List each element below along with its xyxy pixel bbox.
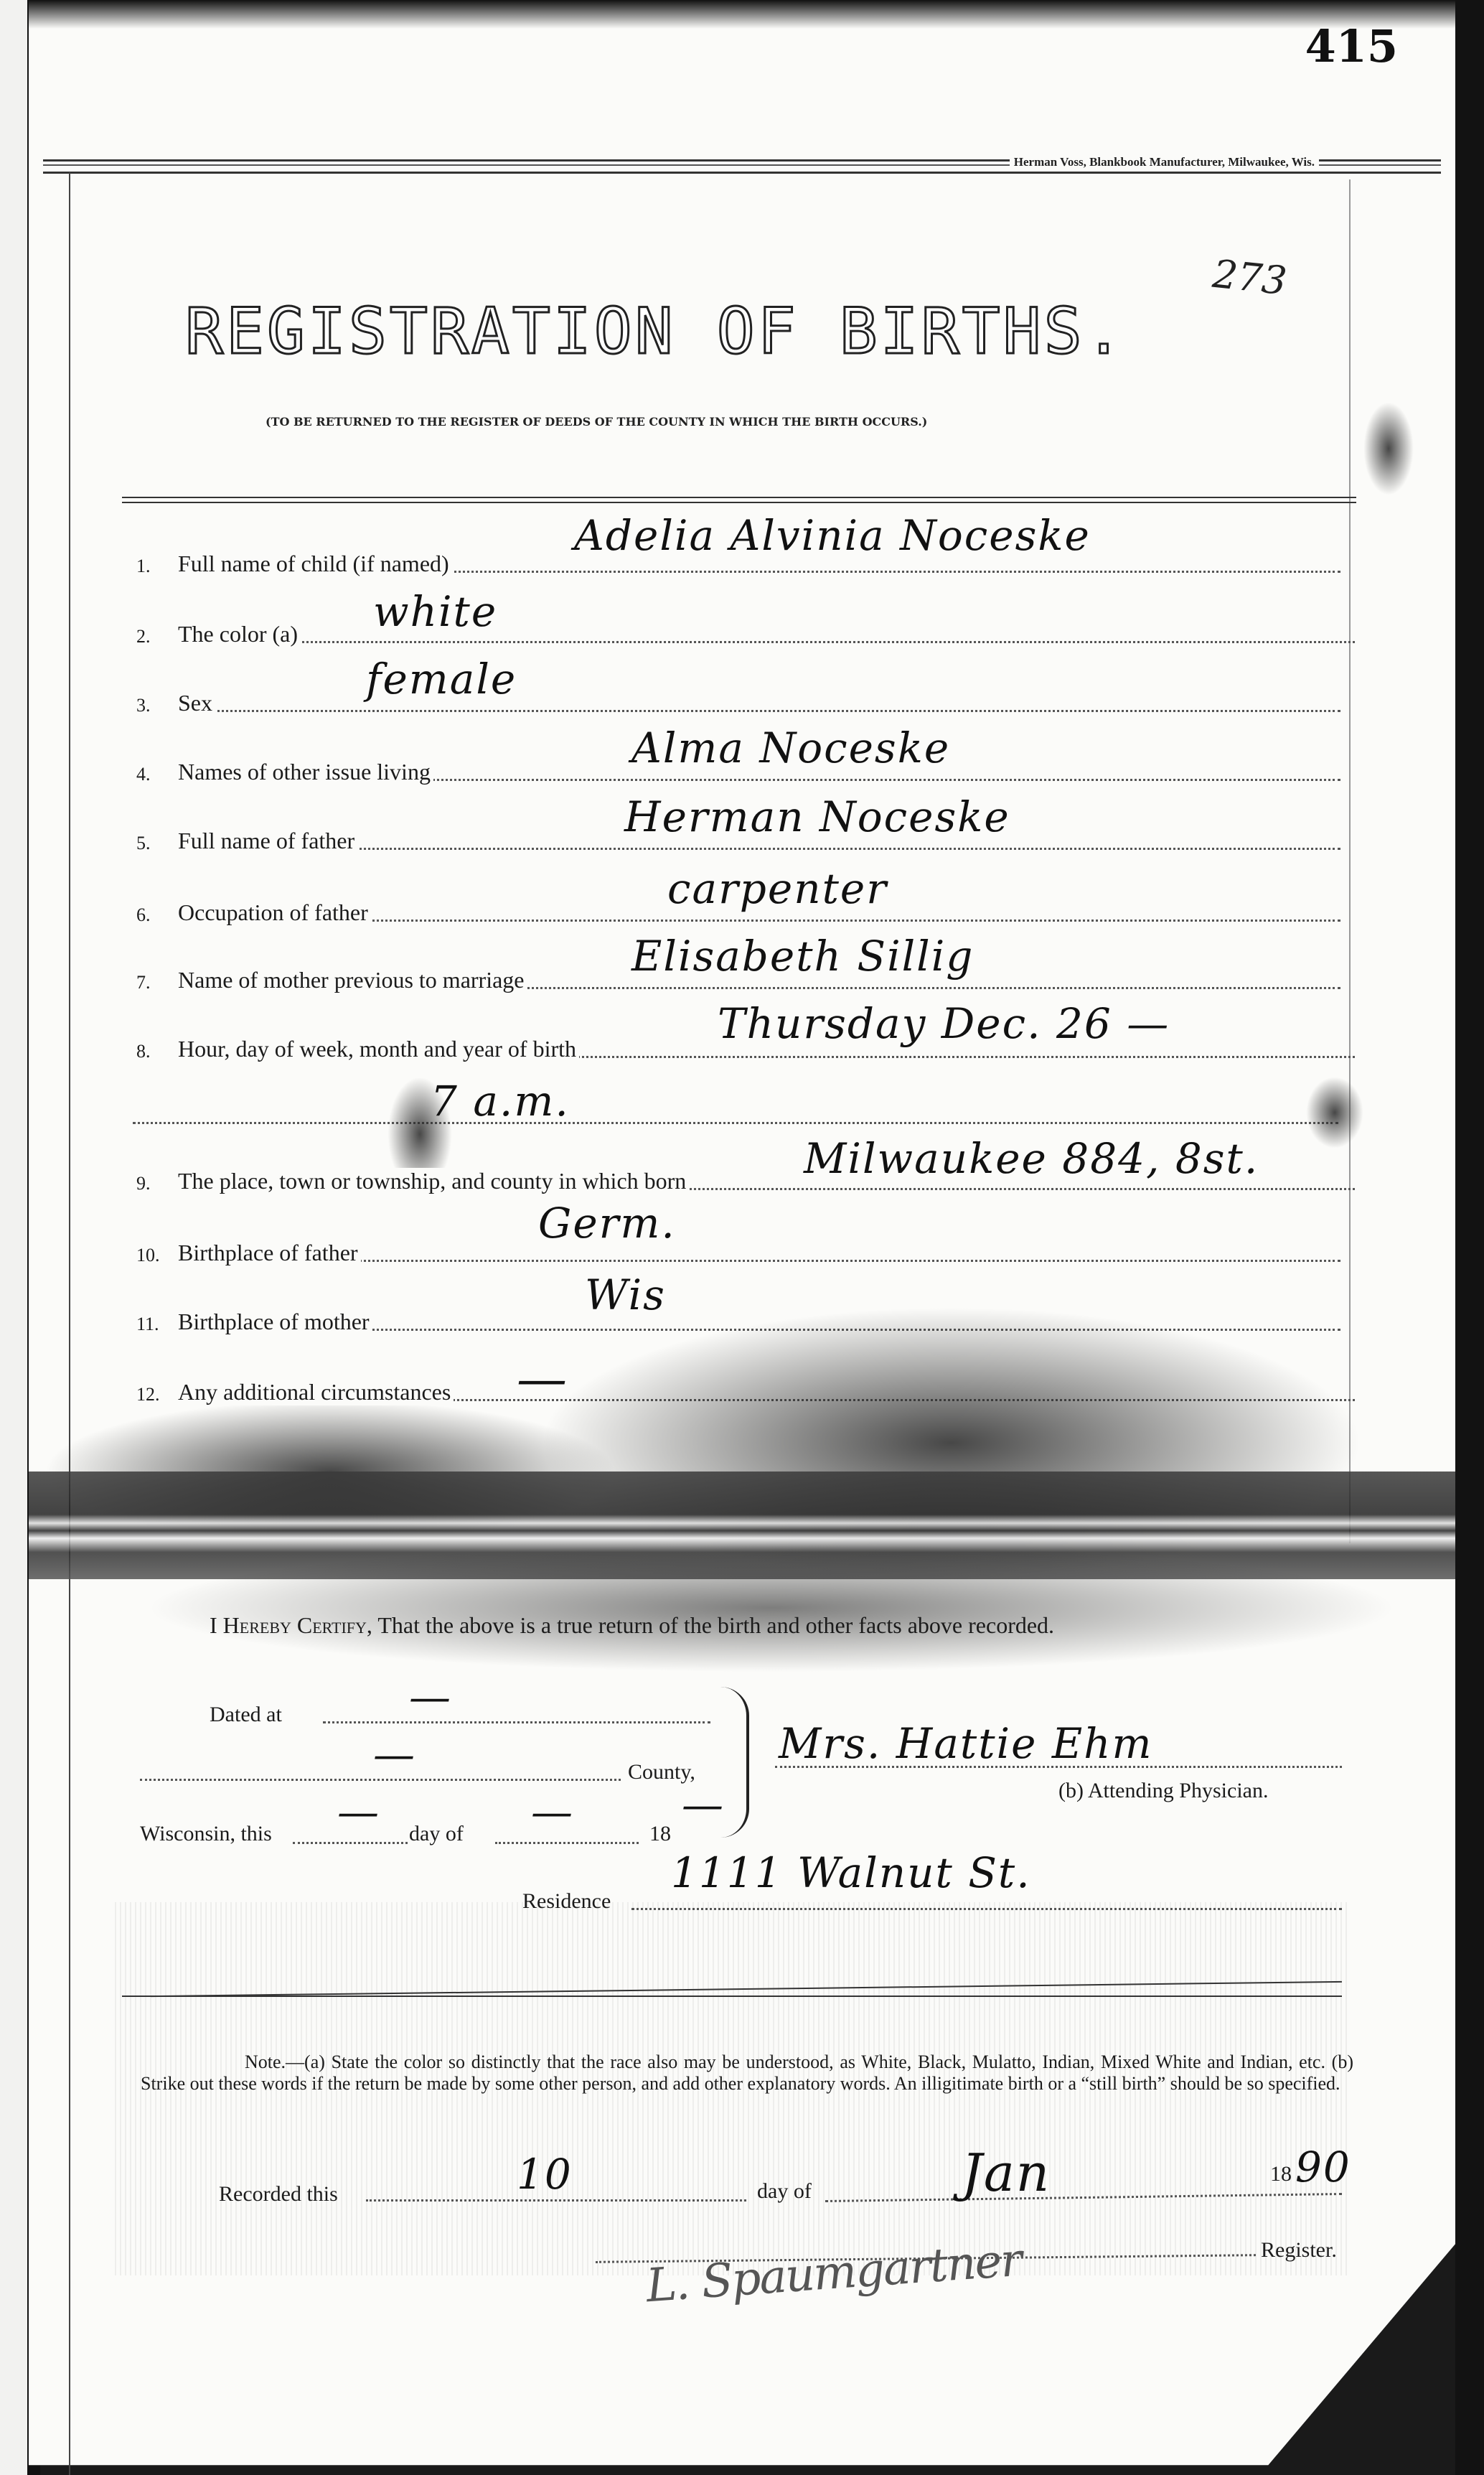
field-label: Birthplace of mother <box>178 1309 372 1335</box>
color-value: white <box>373 587 497 636</box>
register-label: Register. <box>1261 2238 1337 2263</box>
field-label: Name of mother previous to marriage <box>178 967 527 993</box>
field-number: 1. <box>136 556 179 577</box>
section-rule <box>122 1996 1342 1997</box>
recorded-day-line <box>366 2199 746 2202</box>
field-line <box>178 641 1355 643</box>
mother-birthplace-value: Wis <box>585 1271 666 1319</box>
birth-place-value: Milwaukee 884, 8st. <box>804 1134 1259 1183</box>
field-label: Full name of child (if named) <box>178 551 452 577</box>
residence-line <box>631 1908 1342 1910</box>
residence-value: 1111 Walnut St. <box>671 1848 1031 1897</box>
page-title: REGISTRATION OF BIRTHS. <box>185 294 1233 368</box>
county-line <box>140 1779 621 1781</box>
mother-maiden-name-value: Elisabeth Sillig <box>631 932 974 981</box>
page-subtitle: (TO BE RETURNED TO THE REGISTER OF DEEDS… <box>266 415 927 429</box>
field-label: The place, town or township, and county … <box>178 1168 689 1194</box>
field-label: Birthplace of father <box>178 1240 361 1266</box>
field-number: 5. <box>136 833 179 854</box>
page-number: 415 <box>1305 20 1398 72</box>
footnote: Note.—(a) State the color so distinctly … <box>141 2051 1353 2095</box>
dated-at-value: — <box>409 1672 452 1721</box>
field-label: Full name of father <box>178 828 357 854</box>
certify-month-value: — <box>531 1787 574 1836</box>
birth-time-value-line2: 7 a.m. <box>431 1077 570 1126</box>
additional-circumstances-value: — <box>517 1349 568 1408</box>
recorded-day-of-label: day of <box>757 2179 812 2204</box>
day-of-label: day of <box>409 1822 464 1846</box>
father-occupation-value: carpenter <box>667 864 888 913</box>
month-line <box>495 1842 639 1844</box>
county-value: — <box>373 1730 416 1779</box>
field-number: 10. <box>136 1245 179 1266</box>
water-stain <box>144 1543 1399 1672</box>
year-prefix: 18 <box>649 1822 671 1846</box>
scan-shadow <box>29 0 1484 29</box>
recorded-day-value: 10 <box>517 2150 573 2199</box>
field-label: Any additional circumstances <box>178 1379 454 1405</box>
title-rule <box>122 497 1356 503</box>
ink-smudge <box>1363 402 1414 495</box>
dated-at-line <box>323 1721 710 1723</box>
field-label: Occupation of father <box>178 899 371 926</box>
certification-statement: I Hereby Certify, That the above is a tr… <box>210 1612 1054 1639</box>
field-number: 8. <box>136 1041 179 1062</box>
recorded-this-label: Recorded this <box>219 2182 338 2207</box>
field-number: 4. <box>136 764 179 785</box>
left-margin-rule <box>69 172 70 2475</box>
recorded-year-value: 90 <box>1295 2143 1351 2191</box>
right-page-edge <box>1455 0 1484 2475</box>
right-margin-rule <box>1349 179 1351 1543</box>
field-number: 7. <box>136 972 179 993</box>
physician-name-value: Mrs. Hattie Ehm <box>779 1719 1153 1768</box>
day-line <box>293 1842 408 1844</box>
field-label: The color (a) <box>178 621 301 647</box>
father-birthplace-value: Germ. <box>538 1199 676 1248</box>
field-label: Hour, day of week, month and year of bir… <box>178 1036 579 1062</box>
field-sex: 3. Sex <box>136 656 1340 721</box>
residence-label: Residence <box>522 1889 611 1914</box>
field-number: 2. <box>136 626 179 647</box>
physician-label: (b) Attending Physician. <box>1058 1779 1268 1803</box>
field-father-birthplace: 10. Birthplace of father <box>136 1206 1340 1271</box>
father-name-value: Herman Noceske <box>624 792 1010 841</box>
field-number: 9. <box>136 1173 179 1194</box>
field-line <box>178 710 1340 712</box>
field-number: 11. <box>136 1314 179 1335</box>
sex-value: female <box>366 655 517 703</box>
birth-time-value: Thursday Dec. 26 — <box>718 999 1170 1048</box>
field-label: Sex <box>178 690 215 716</box>
field-number: 3. <box>136 695 179 716</box>
certify-lead: I Hereby Certify, <box>210 1612 372 1638</box>
wisconsin-this-label: Wisconsin, this <box>140 1822 272 1846</box>
recorded-month-value: Jan <box>962 2143 1051 2203</box>
certify-text: That the above is a true return of the b… <box>377 1612 1054 1638</box>
field-number: 6. <box>136 904 179 926</box>
field-label: Names of other issue living <box>178 759 433 785</box>
other-issue-value: Alma Noceske <box>631 724 950 772</box>
certify-year-value: — <box>682 1780 725 1829</box>
field-number: 12. <box>136 1384 179 1405</box>
child-name-value: Adelia Alvinia Noceske <box>574 511 1091 560</box>
recorded-year-prefix: 18 <box>1270 2162 1292 2186</box>
field-line-continued <box>133 1122 1338 1124</box>
dated-at-label: Dated at <box>210 1703 282 1727</box>
ink-smudge <box>1306 1077 1363 1148</box>
field-color: 2. The color (a) <box>136 587 1355 652</box>
manufacturer-imprint: Herman Voss, Blankbook Manufacturer, Mil… <box>1010 155 1319 169</box>
certify-day-value: — <box>337 1787 380 1836</box>
